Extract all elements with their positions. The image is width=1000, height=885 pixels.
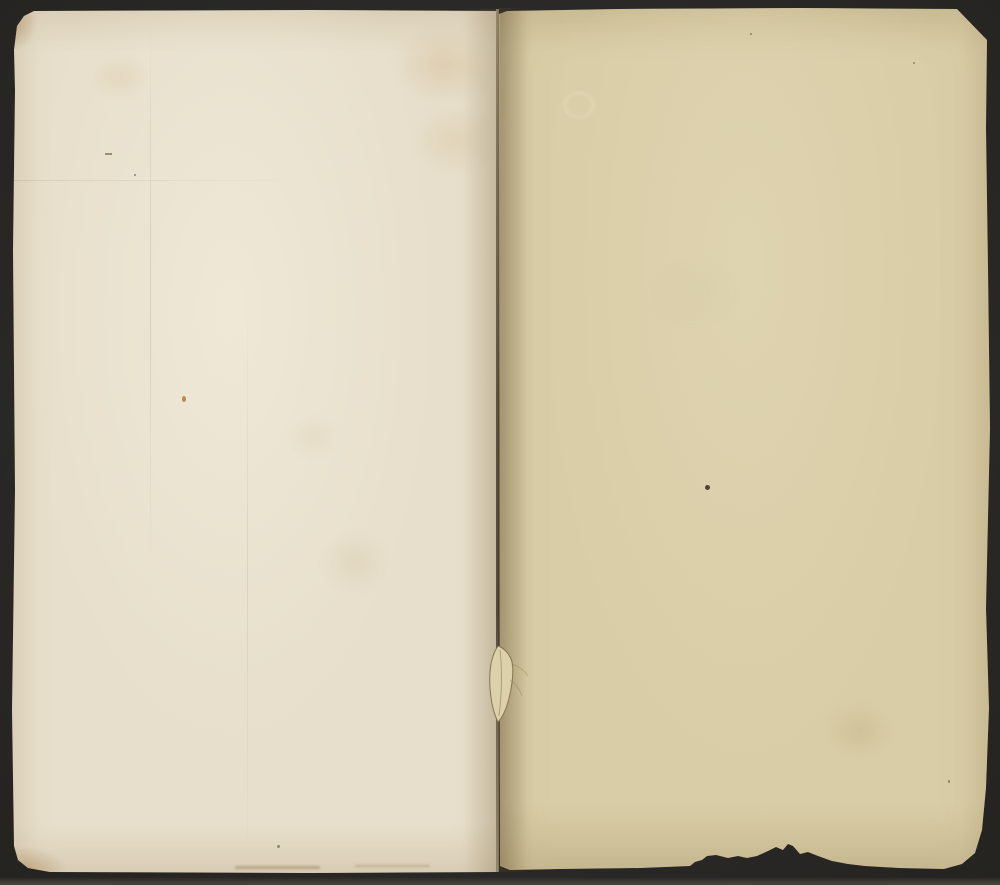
ink-dot <box>705 485 710 490</box>
faint-stain <box>90 55 150 100</box>
bottom-edge-dirt <box>355 865 430 867</box>
gutter-seam <box>496 9 499 872</box>
gutter-shadow <box>464 9 496 872</box>
speck-dot <box>913 62 915 64</box>
faint-stain <box>285 415 340 460</box>
gutter-shadow <box>499 8 527 872</box>
crease-line <box>150 10 151 570</box>
gutter-tear-flap <box>482 640 534 732</box>
corner-wear-bottom-left <box>12 844 70 872</box>
right-page <box>499 8 991 872</box>
faint-stain <box>320 530 390 595</box>
crease-line <box>10 180 310 181</box>
brown-fleck <box>182 396 186 402</box>
left-page <box>10 10 498 873</box>
book-scan-background <box>0 0 1000 885</box>
faint-stain <box>824 703 894 758</box>
speck-dash <box>105 153 112 155</box>
faint-ring <box>561 90 597 120</box>
speck-dot <box>948 780 950 783</box>
faint-stain <box>649 258 739 328</box>
scan-bed-edge <box>0 877 1000 885</box>
speck-dot <box>750 33 752 35</box>
speck-dot <box>277 845 280 848</box>
crease-line <box>247 290 248 870</box>
bottom-edge-dirt <box>235 866 320 869</box>
corner-wear-top-left <box>9 14 35 58</box>
speck-dot <box>134 174 136 176</box>
